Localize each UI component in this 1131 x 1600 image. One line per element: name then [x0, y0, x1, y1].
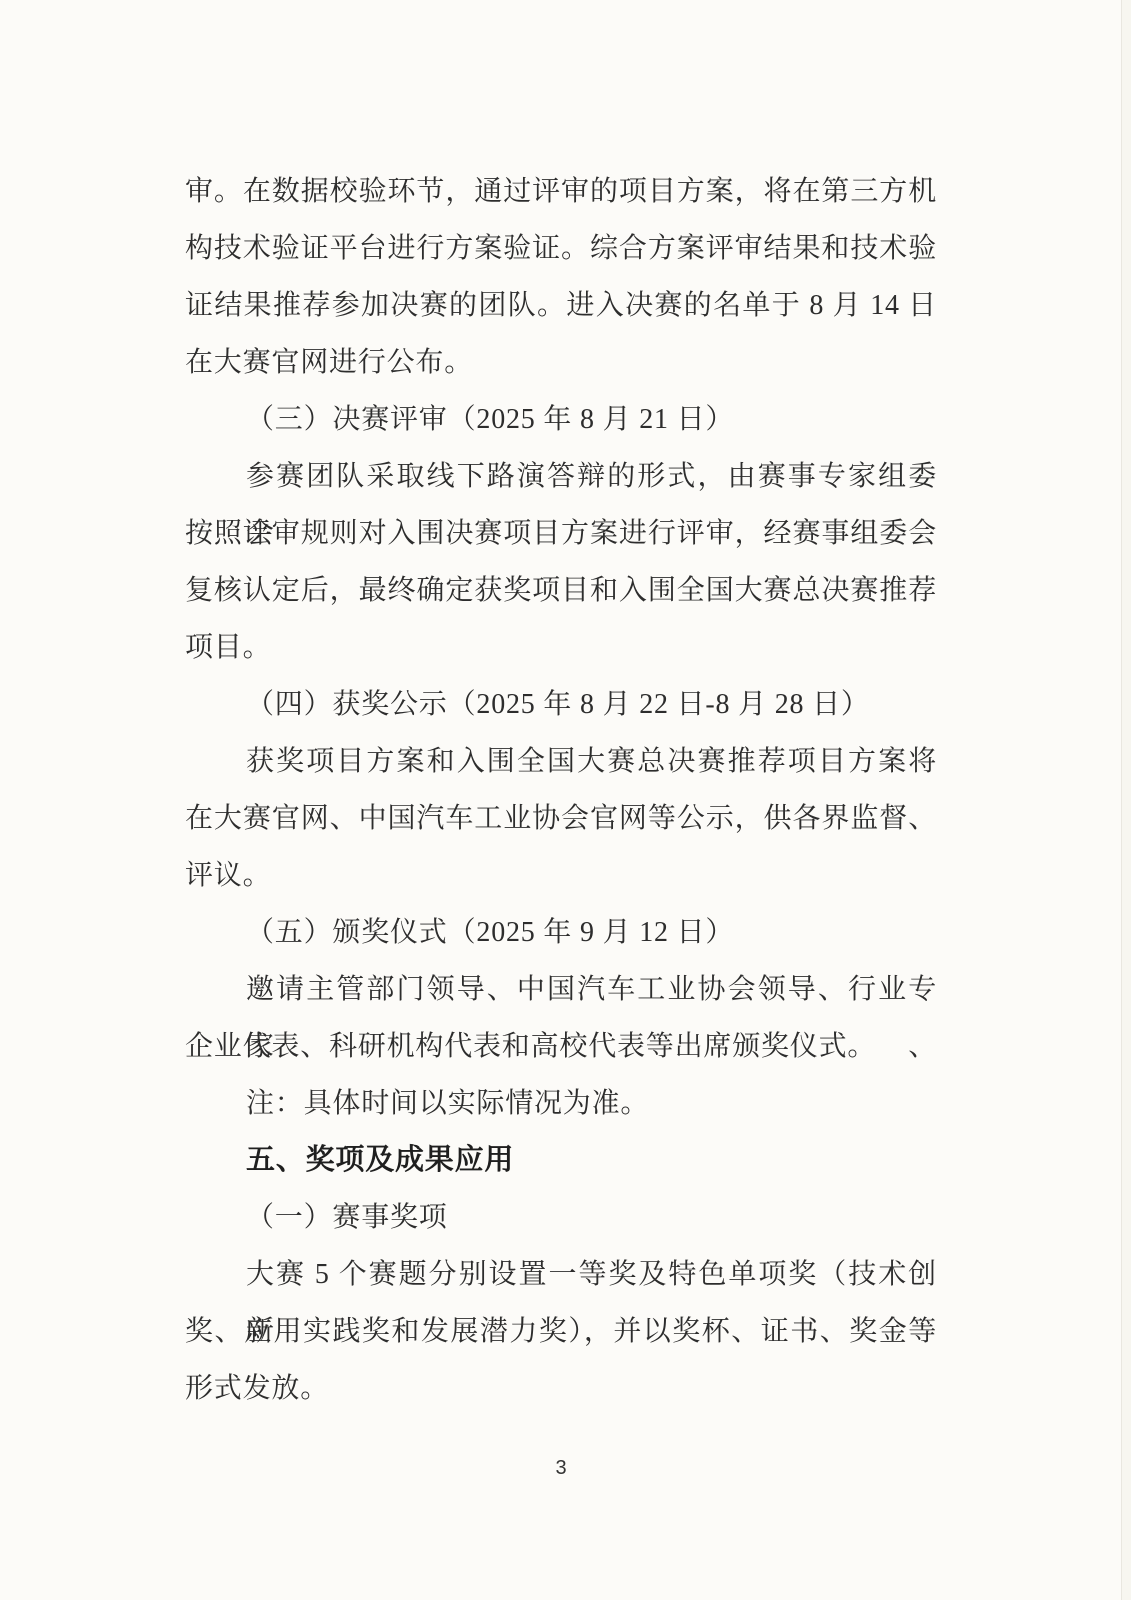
paragraph-preliminary-review-line: 审。在数据校验环节，通过评审的项目方案，将在第三方机: [185, 163, 937, 220]
paragraph-preliminary-review-line: 构技术验证平台进行方案验证。综合方案评审结果和技术验: [185, 220, 937, 277]
paragraph-preliminary-review-line: 在大赛官网进行公布。: [185, 334, 937, 391]
page-number: 3: [0, 1448, 1122, 1488]
document-page: 审。在数据校验环节，通过评审的项目方案，将在第三方机 构技术验证平台进行方案验证…: [0, 0, 1131, 1600]
heading-final-review: （三）决赛评审（2025 年 8 月 21 日）: [185, 391, 937, 448]
paragraph-awards-line: 形式发放。: [185, 1360, 937, 1417]
section-heading-awards: 五、奖项及成果应用: [185, 1132, 937, 1189]
paragraph-final-review-line: 项目。: [185, 619, 937, 676]
paragraph-awards-line: 大赛 5 个赛题分别设置一等奖及特色单项奖（技术创新: [185, 1246, 937, 1303]
document-body: 审。在数据校验环节，通过评审的项目方案，将在第三方机 构技术验证平台进行方案验证…: [185, 163, 937, 1417]
paragraph-final-review-line: 按照评审规则对入围决赛项目方案进行评审，经赛事组委会: [185, 505, 937, 562]
paragraph-awards-line: 奖、应用实践奖和发展潜力奖），并以奖杯、证书、奖金等: [185, 1303, 937, 1360]
scan-edge-line: [1121, 0, 1122, 1600]
paragraph-final-review-line: 参赛团队采取线下路演答辩的形式，由赛事专家组委会: [185, 448, 937, 505]
heading-award-publicity: （四）获奖公示（2025 年 8 月 22 日-8 月 28 日）: [185, 676, 937, 733]
scan-margin: [1122, 0, 1131, 1600]
subsection-heading-event-awards: （一）赛事奖项: [185, 1189, 937, 1246]
paragraph-award-ceremony-line: 邀请主管部门领导、中国汽车工业协会领导、行业专家、: [185, 961, 937, 1018]
note-line: 注：具体时间以实际情况为准。: [185, 1075, 937, 1132]
heading-award-ceremony: （五）颁奖仪式（2025 年 9 月 12 日）: [185, 904, 937, 961]
paragraph-award-publicity-line: 评议。: [185, 847, 937, 904]
paragraph-preliminary-review-line: 证结果推荐参加决赛的团队。进入决赛的名单于 8 月 14 日: [185, 277, 937, 334]
paragraph-award-publicity-line: 在大赛官网、中国汽车工业协会官网等公示，供各界监督、: [185, 790, 937, 847]
paragraph-award-ceremony-line: 企业代表、科研机构代表和高校代表等出席颁奖仪式。: [185, 1018, 937, 1075]
paragraph-final-review-line: 复核认定后，最终确定获奖项目和入围全国大赛总决赛推荐: [185, 562, 937, 619]
paragraph-award-publicity-line: 获奖项目方案和入围全国大赛总决赛推荐项目方案将: [185, 733, 937, 790]
